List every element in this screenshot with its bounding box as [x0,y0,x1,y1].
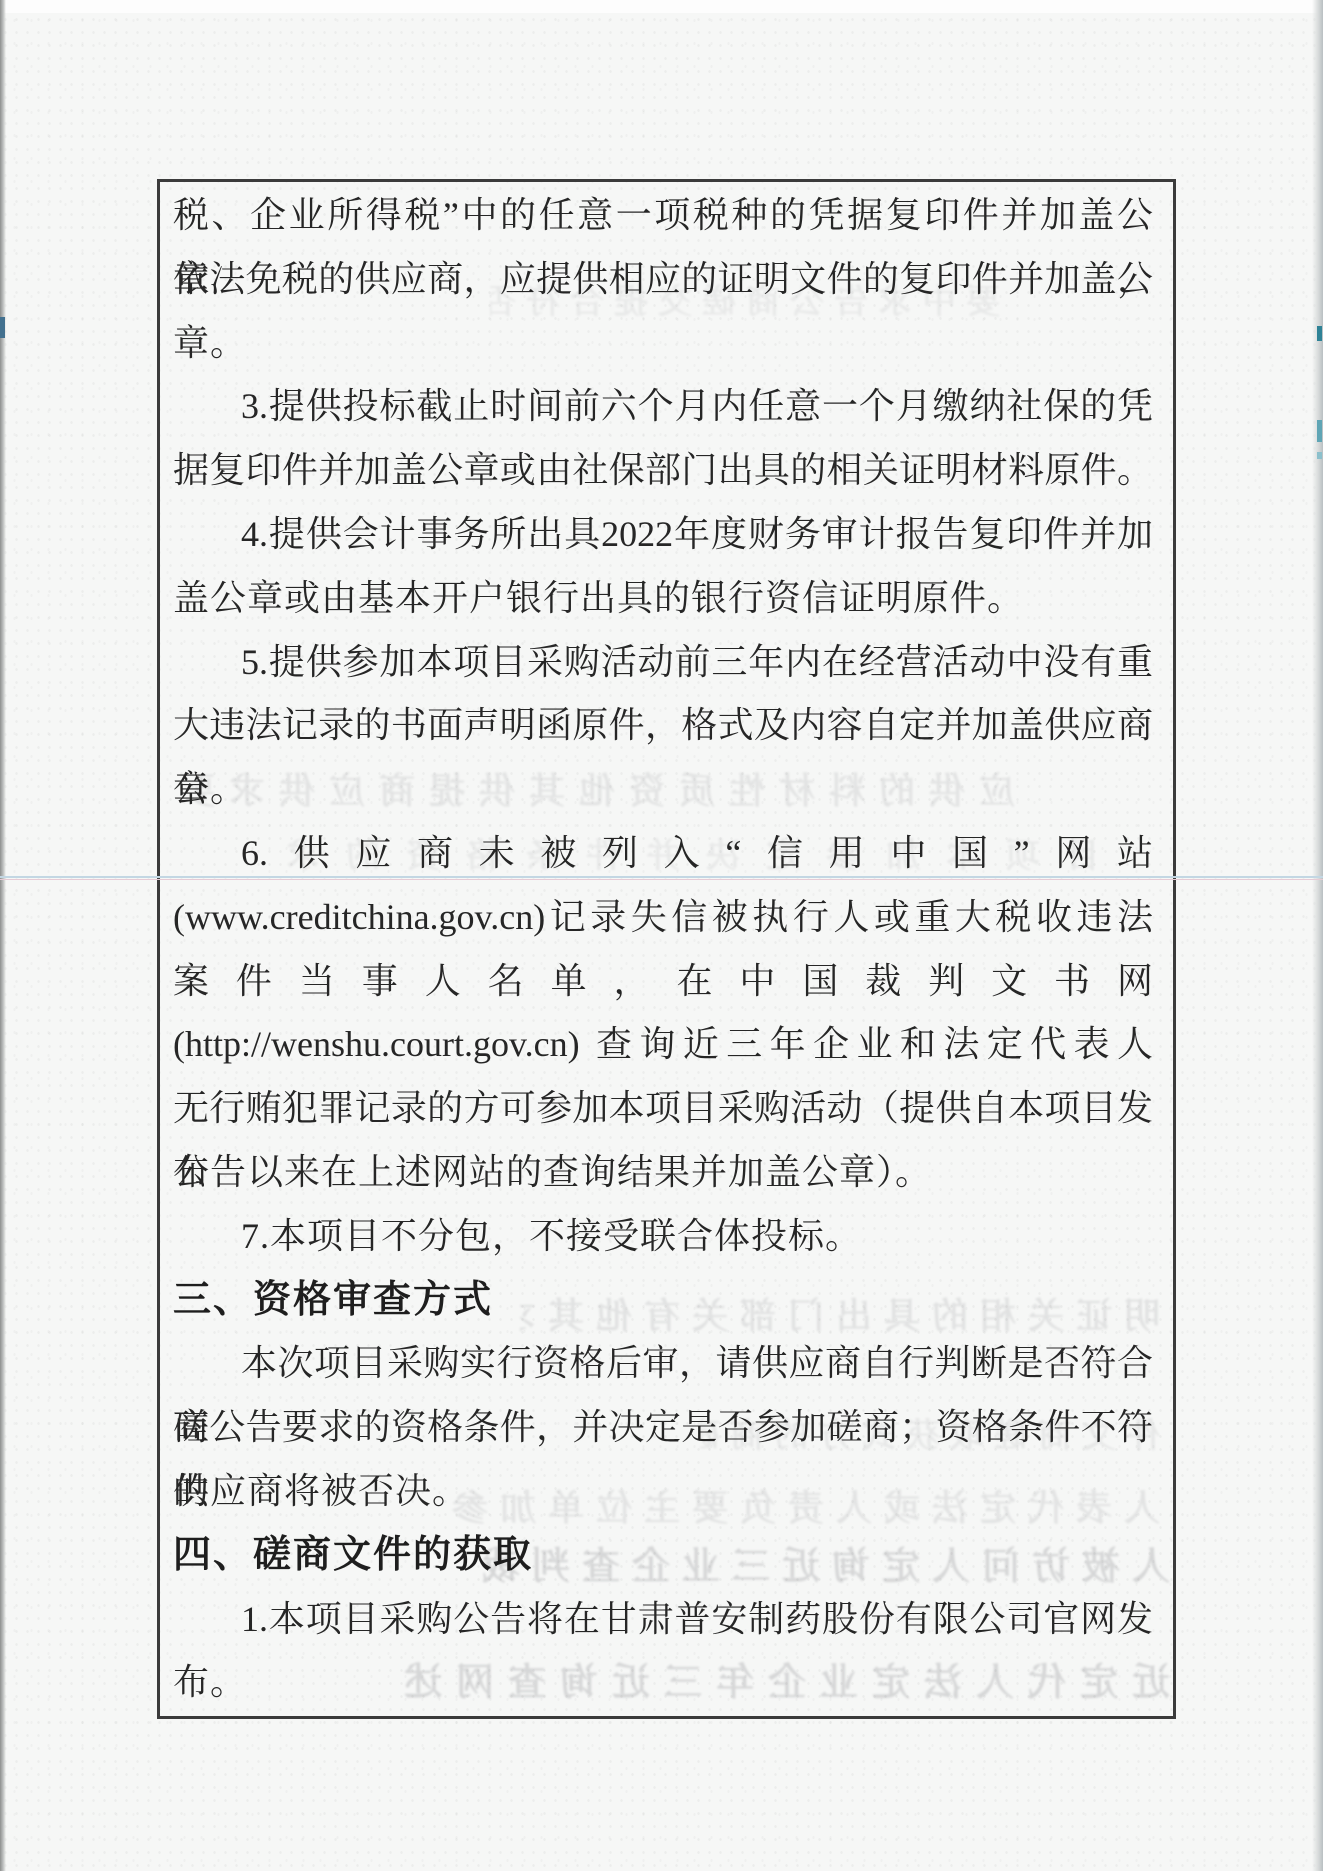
text-line: 3.提供投标截止时间前六个月内任意一个月缴纳社保的凭 [173,375,1153,439]
section-heading: 四、磋商文件的获取 [173,1524,1153,1588]
text-line: 章。 [173,312,1153,376]
document-border-box: 税、企业所得税”中的任意一项税种的凭据复印件并加盖公章，依法免税的供应商，应提供… [157,179,1176,1719]
text-line: (http://wenshu.court.gov.cn) 查询近三年企业和法定代… [173,1013,1153,1077]
text-line: 盖公章或由基本开户银行出具的银行资信证明原件。 [173,567,1153,631]
text-line: 4.提供会计事务所出具2022年度财务审计报告复印件并加 [173,503,1153,567]
text-line: 公告以来在上述网站的查询结果并加盖公章）。 [173,1141,1153,1205]
page-right-edge [1312,0,1323,1871]
text-line: 7.本项目不分包，不接受联合体投标。 [173,1205,1153,1269]
text-line: 章。 [173,758,1153,822]
page-left-edge [0,0,6,1871]
scan-edge-mark [1317,420,1322,442]
text-line: 大违法记录的书面声明函原件，格式及内容自定并加盖供应商公 [173,694,1153,758]
text-line: 布。 [173,1651,1153,1715]
section-heading: 三、资格审查方式 [173,1269,1153,1333]
text-line: 5.提供参加本项目采购活动前三年内在经营活动中没有重 [173,631,1153,695]
scan-edge-mark [1317,452,1322,459]
text-line: 无行贿犯罪记录的方可参加本项目采购活动（提供自本项目发布 [173,1077,1153,1141]
document-text-block: 税、企业所得税”中的任意一项税种的凭据复印件并加盖公章，依法免税的供应商，应提供… [173,184,1153,1716]
scan-edge-mark [0,317,5,338]
text-line: 案件当事人名单，在中国裁判文书网 [173,950,1153,1014]
text-line: 据复印件并加盖公章或由社保部门出具的相关证明材料原件。 [173,439,1153,503]
text-line: 税、企业所得税”中的任意一项税种的凭据复印件并加盖公章， [173,184,1153,248]
scanner-streak-blue [0,876,1323,878]
text-line: 供应商将被否决。 [173,1460,1153,1524]
text-line: 本次项目采购实行资格后审，请供应商自行判断是否符合磋 [173,1332,1153,1396]
text-line: 商公告要求的资格条件，并决定是否参加磋商；资格条件不符的 [173,1396,1153,1460]
text-line: 依法免税的供应商，应提供相应的证明文件的复印件并加盖公 [173,248,1153,312]
scanner-streak-pink [0,879,1323,880]
page-top-edge [0,0,1323,13]
text-line: (www.creditchina.gov.cn)记录失信被执行人或重大税收违法 [173,886,1153,950]
scanned-page: { "document": { "lines": [ {"text": "税、企… [0,0,1323,1871]
text-line: 1.本项目采购公告将在甘肃普安制药股份有限公司官网发 [173,1588,1153,1652]
scan-edge-mark [1317,326,1322,341]
